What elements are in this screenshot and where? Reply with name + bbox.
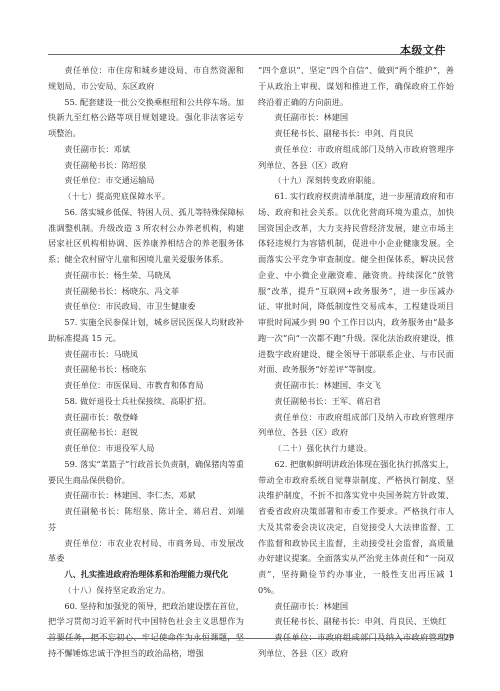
- paragraph: 责任副秘书长：杨晓东、冯文菲: [48, 284, 244, 300]
- paragraph: 58. 做好退役士兵社保接续、高职扩招。: [48, 394, 244, 410]
- paragraph: “四个意识”、坚定“四个自信”、做到“两个维护”，善于从政治上审视、谋划和推进工…: [258, 63, 454, 110]
- paragraph: 60. 坚持和加强党的领导，把政治建设摆在首位，把学习贯彻习近平新时代中国特色社…: [48, 599, 244, 662]
- page-number: 29: [444, 633, 454, 642]
- paragraph: 责任副市长：林建国、李文飞: [258, 378, 454, 394]
- right-column: “四个意识”、坚定“四个自信”、做到“两个维护”，善于从政治上审视、谋划和推进工…: [258, 63, 454, 662]
- section-heading: 八、扎实推进政府治理体系和治理能力现代化: [48, 567, 244, 583]
- paragraph: 责任单位：市退役军人局: [48, 441, 244, 457]
- paragraph: 责任副市长：杨生荣、马晓凤: [48, 268, 244, 284]
- header-divider: [48, 54, 440, 55]
- paragraph: 责任副市长：马晓凤: [48, 347, 244, 363]
- footer-divider: [47, 638, 443, 639]
- paragraph: 责任副市长：林建国: [258, 599, 454, 615]
- paragraph: 责任副秘书长：陈绍泉、陈计全、蒋启君、刘端芬: [48, 504, 244, 536]
- paragraph: 责任副秘书长：王军、蒋启君: [258, 394, 454, 410]
- paragraph: 责任秘书长、副秘书长：申剑、肖良民、王焕红: [258, 614, 454, 630]
- subsection-heading: （十八）保持坚定政治定力。: [48, 583, 244, 599]
- paragraph: 责任单位：市政府组成部门及纳入市政府管理序列单位、各县（区）政府: [258, 142, 454, 174]
- paragraph: 责任副市长：林建国、李仁杰、邓斌: [48, 488, 244, 504]
- paragraph: 62. 把旗帜鲜明讲政治体现在强化执行抓落实上，带动全市政府系统自觉尊崇制度、严…: [258, 457, 454, 599]
- paragraph: 57. 实施全民参保计划，城乡居民医保人均财政补助标准提高 15 元。: [48, 315, 244, 347]
- paragraph: 责任单位：市政府组成部门及纳入市政府管理序列单位、各县（区）政府: [258, 410, 454, 442]
- paragraph: 责任单位：市交通运输局: [48, 173, 244, 189]
- paragraph: 责任副秘书长：杨晓东: [48, 362, 244, 378]
- subsection-heading: （十九）深刻转变政府职能。: [258, 173, 454, 189]
- paragraph: 责任单位：市医保局、市教育和体育局: [48, 378, 244, 394]
- paragraph: 55. 配套建设一批公交换乘枢纽和公共停车场。加快新九至红格公路等项目规划建设。…: [48, 95, 244, 142]
- paragraph: 责任秘书长、副秘书长：申剑、肖良民: [258, 126, 454, 142]
- paragraph: 责任单位：市民政局、市卫生健康委: [48, 299, 244, 315]
- paragraph: 61. 实行政府权责清单制度，进一步厘清政府和市场、政府和社会关系。以优化营商环…: [258, 189, 454, 378]
- paragraph: 责任副秘书长：陈绍泉: [48, 158, 244, 174]
- subsection-heading: （十七）提高兜底保障水平。: [48, 189, 244, 205]
- paragraph: 责任副秘书长：赵锐: [48, 425, 244, 441]
- paragraph: 责任单位：市农业农村局、市商务局、市发展改革委: [48, 536, 244, 568]
- section-header-title: 本级文件: [400, 42, 446, 58]
- paragraph: 59. 落实“菜篮子”行政首长负责制，确保猪肉等重要民生商品保供稳价。: [48, 457, 244, 489]
- paragraph: 责任副市长：林建国: [258, 110, 454, 126]
- paragraph: 责任副市长：邓斌: [48, 142, 244, 158]
- paragraph: 责任单位：市住房和城乡建设局、市自然资源和规划局、市公安局、东区政府: [48, 63, 244, 95]
- paragraph: 56. 落实城乡低保、特困人员、孤儿等特殊保障标准调整机制。升级改造 3 所农村…: [48, 205, 244, 268]
- left-column: 责任单位：市住房和城乡建设局、市自然资源和规划局、市公安局、东区政府 55. 配…: [48, 63, 244, 662]
- paragraph: 责任副市长：敬登峰: [48, 410, 244, 426]
- subsection-heading: （二十）强化执行力建设。: [258, 441, 454, 457]
- paragraph: 责任单位：市政府组成部门及纳入市政府管理序列单位、各县（区）政府: [258, 630, 454, 662]
